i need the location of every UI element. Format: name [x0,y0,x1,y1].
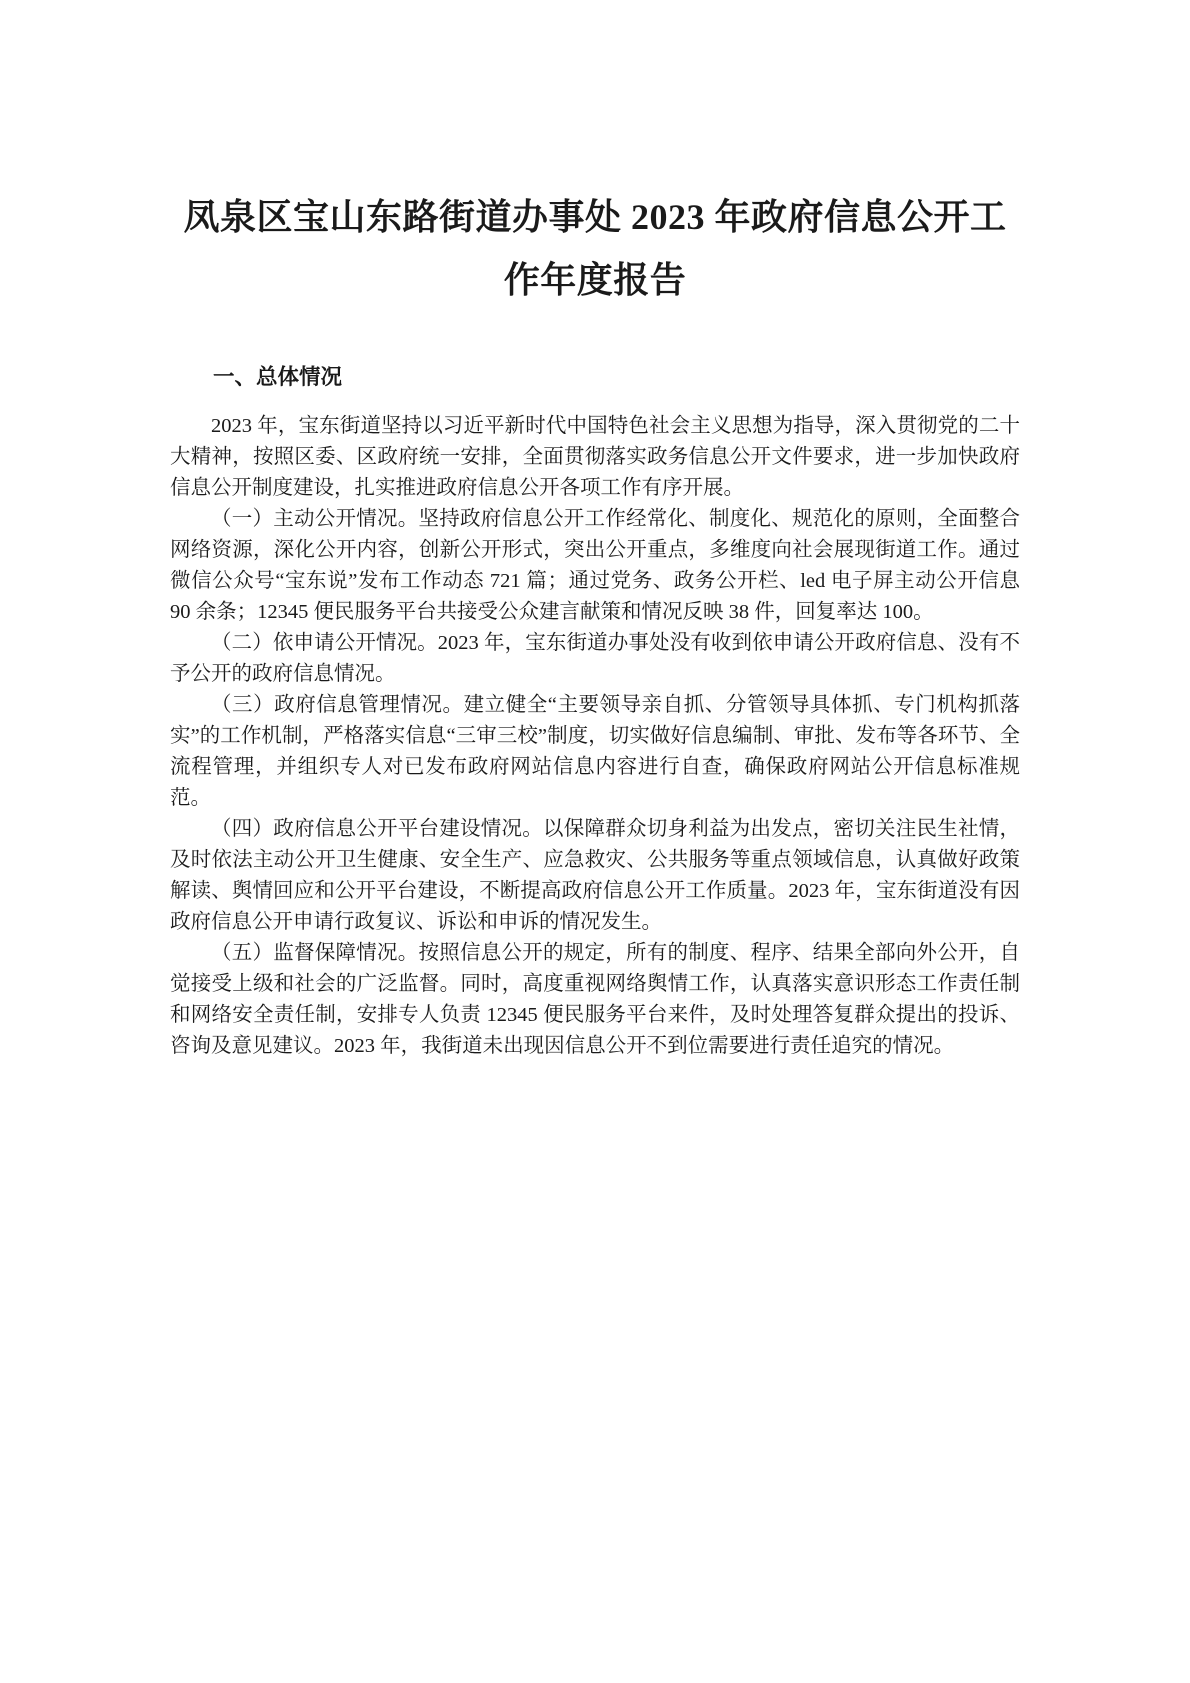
section-heading-overview: 一、总体情况 [170,362,1020,393]
paragraph-disclosure-on-request: （二）依申请公开情况。2023 年，宝东街道办事处没有收到依申请公开政府信息、没… [170,628,1020,690]
document-page: 凤泉区宝山东路街道办事处 2023 年政府信息公开工 作年度报告 一、总体情况 … [0,0,1190,1683]
paragraph-platform-construction: （四）政府信息公开平台建设情况。以保障群众切身利益为出发点，密切关注民生社情，及… [170,814,1020,938]
paragraph-proactive-disclosure: （一）主动公开情况。坚持政府信息公开工作经常化、制度化、规范化的原则，全面整合网… [170,504,1020,628]
paragraph-information-management: （三）政府信息管理情况。建立健全“主要领导亲自抓、分管领导具体抓、专门机构抓落实… [170,690,1020,814]
document-content: 凤泉区宝山东路街道办事处 2023 年政府信息公开工 作年度报告 一、总体情况 … [170,0,1020,1062]
paragraph-supervision-guarantee: （五）监督保障情况。按照信息公开的规定，所有的制度、程序、结果全部向外公开，自觉… [170,938,1020,1062]
report-title-line-1: 凤泉区宝山东路街道办事处 2023 年政府信息公开工 [170,186,1020,249]
report-title: 凤泉区宝山东路街道办事处 2023 年政府信息公开工 作年度报告 [170,186,1020,312]
report-title-line-2: 作年度报告 [170,249,1020,312]
paragraph-intro: 2023 年，宝东街道坚持以习近平新时代中国特色社会主义思想为指导，深入贯彻党的… [170,411,1020,504]
